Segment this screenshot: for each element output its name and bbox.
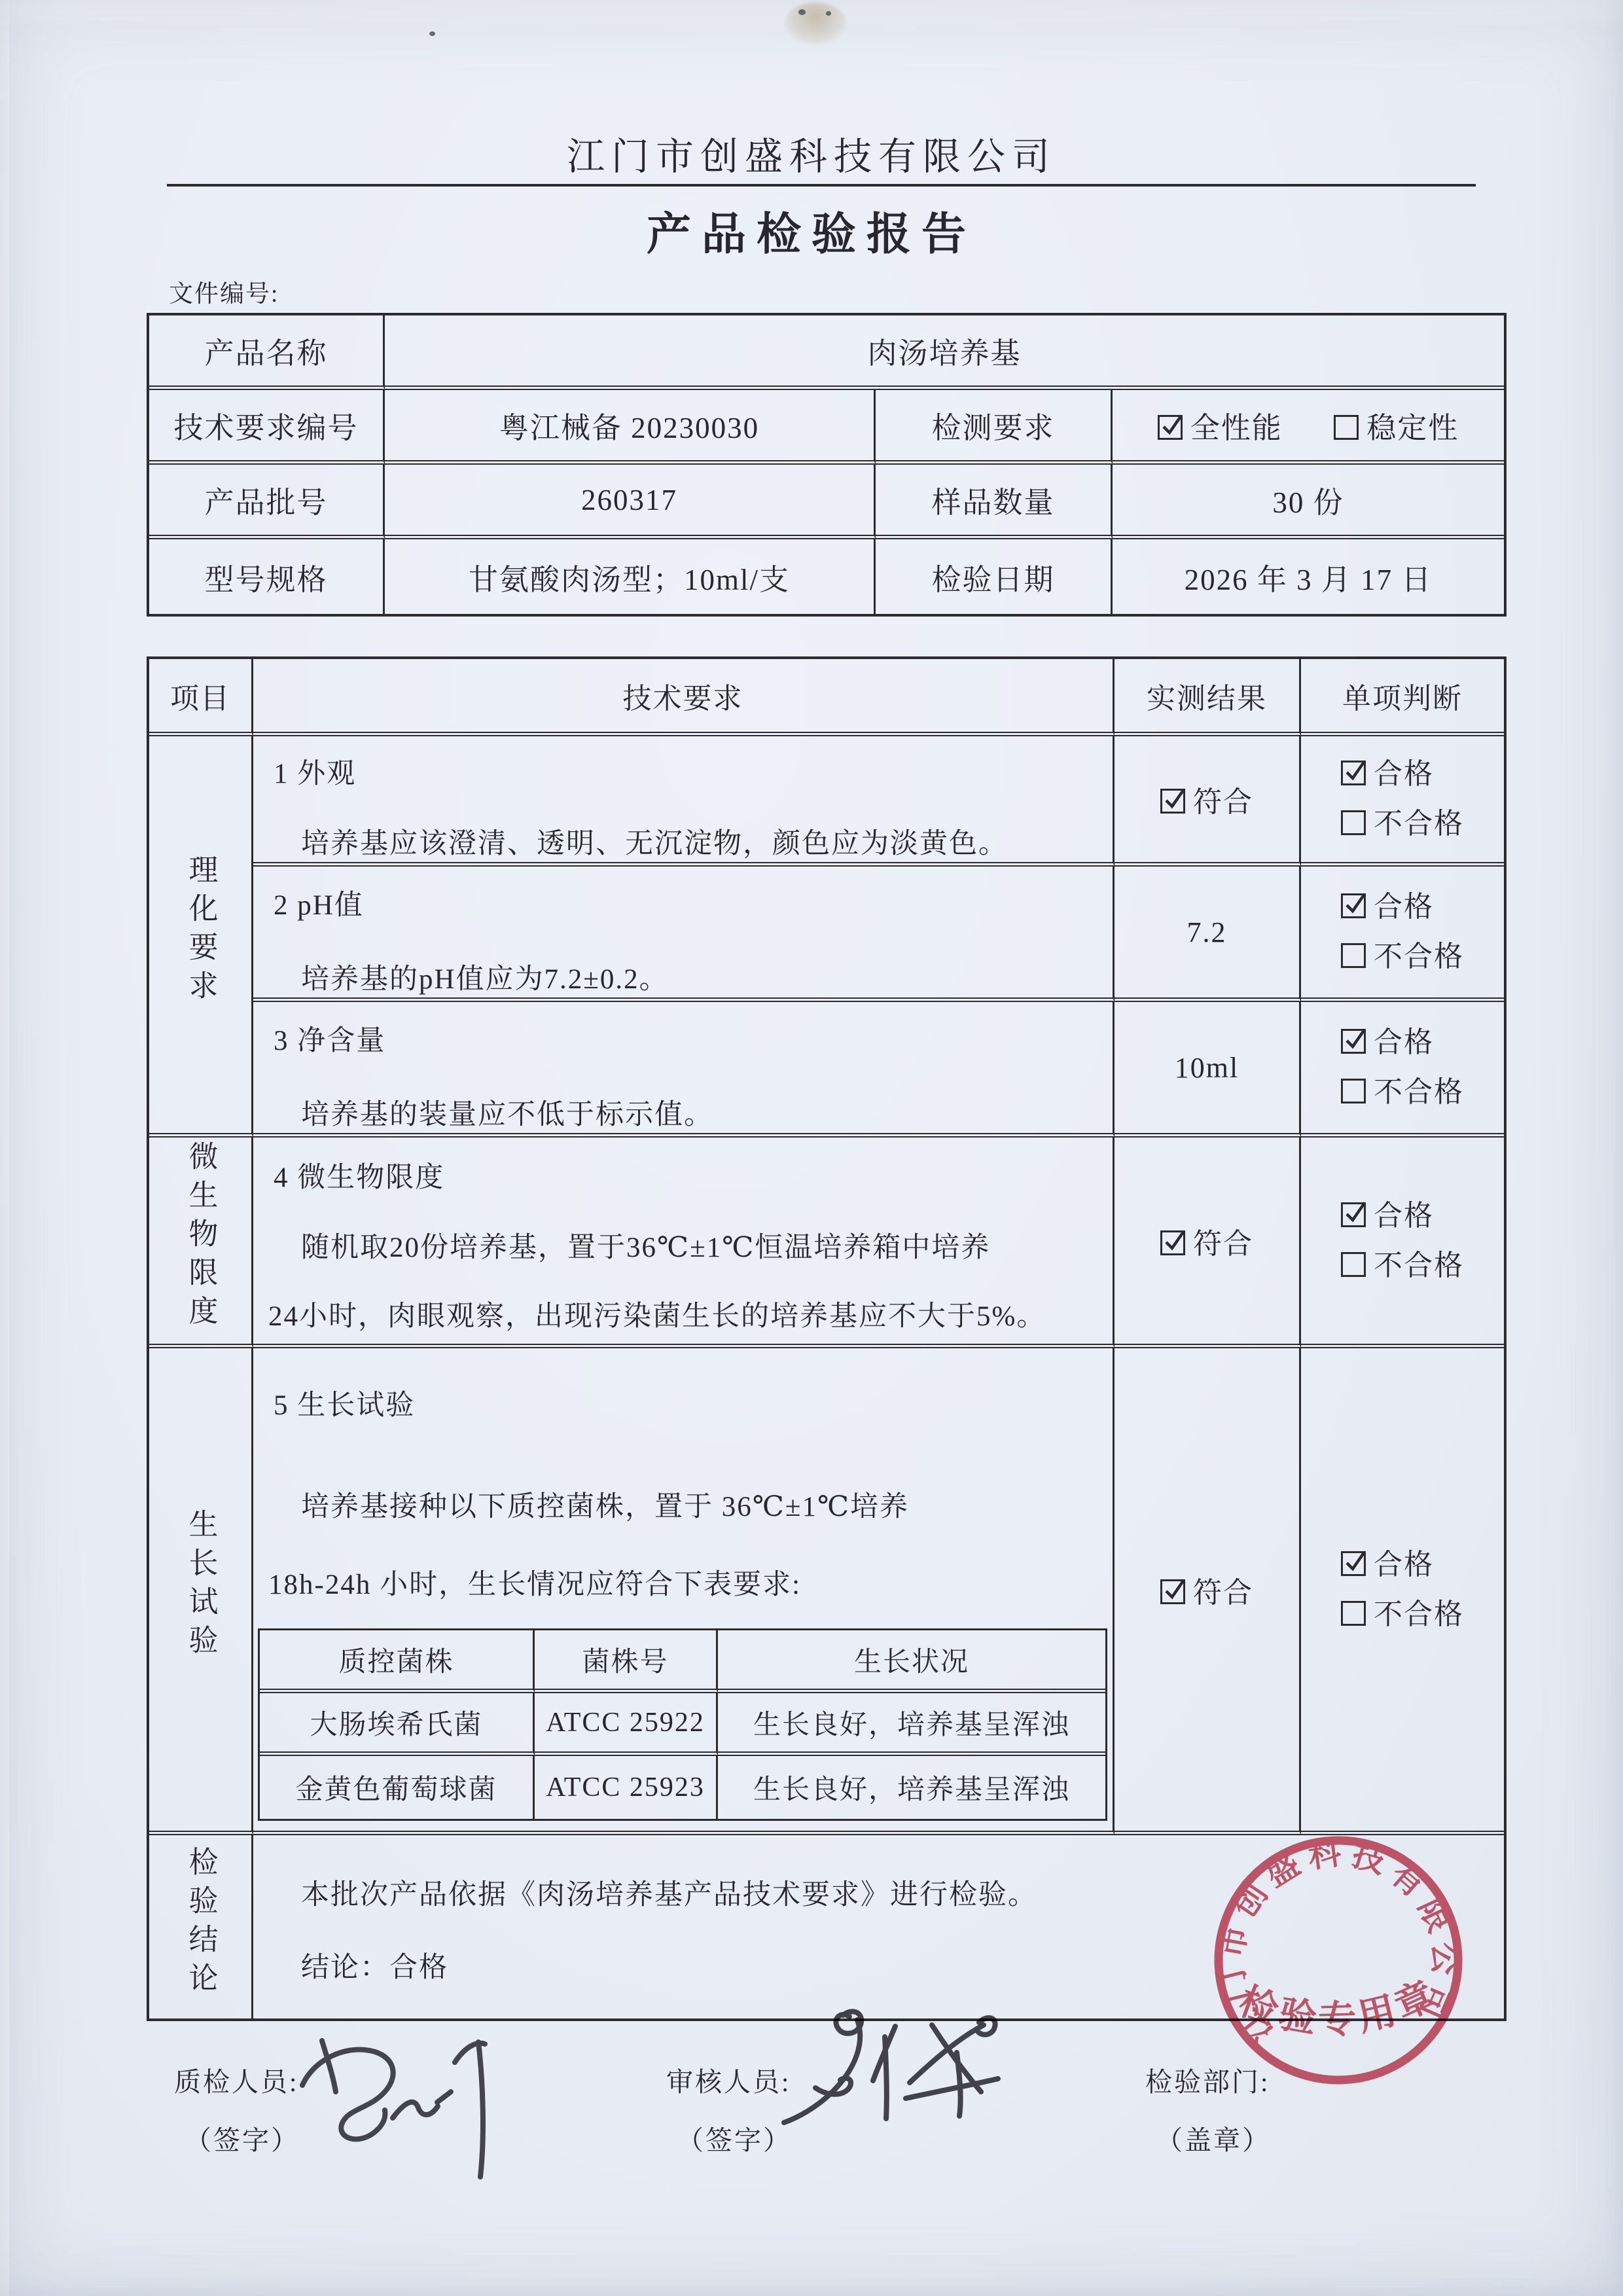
reviewer-signature	[784, 2011, 998, 2123]
req-desc: 培养基接种以下质控菌株，置于 36℃±1℃培养	[301, 1484, 1112, 1524]
test-req-options: 全性能 稳定性	[1113, 390, 1504, 465]
company-title: 江门市创盛科技有限公司	[0, 126, 1623, 181]
reviewer-label: 审核人员:	[666, 2060, 792, 2099]
checkbox-checked-icon	[1341, 1029, 1366, 1054]
judge-appearance: 合格 不合格	[1301, 736, 1504, 867]
result-appearance: 符合	[1115, 736, 1301, 867]
scan-speck	[798, 9, 806, 15]
checkbox-checked-icon	[1341, 1202, 1366, 1227]
req-desc: 培养基应该澄清、透明、无沉淀物，颜色应为淡黄色。	[301, 821, 1112, 861]
req-desc: 24小时，肉眼观察，出现污染菌生长的培养基应不大于5%。	[268, 1294, 1112, 1334]
result-growth: 符合	[1115, 1348, 1301, 1835]
req-title: 3 净含量	[274, 1018, 1112, 1058]
title-divider	[167, 184, 1476, 187]
conclusion-cell: 本批次产品依据《肉汤培养基产品技术要求》进行检验。 结论：合格	[253, 1835, 1504, 2018]
checkbox-checked-icon	[1160, 789, 1185, 814]
doc-no-label: 文件编号:	[169, 274, 279, 309]
scan-speck	[429, 31, 435, 36]
req-growth: 5 生长试验 培养基接种以下质控菌株，置于 36℃±1℃培养 18h-24h 小…	[253, 1348, 1115, 1835]
model-value: 甘氨酸肉汤型；10ml/支	[385, 539, 876, 614]
sample-qty-value: 30 份	[1113, 465, 1504, 539]
judge-ph: 合格 不合格	[1301, 867, 1504, 1002]
scan-speck	[826, 11, 831, 16]
strain-table: 质控菌株 菌株号 生长状况 大肠埃希氏菌 ATCC 25922 生长良好，培养基…	[258, 1628, 1107, 1821]
strain-no-col-header: 菌株号	[535, 1630, 718, 1693]
reviewer-block: 审核人员: （签字）	[666, 2060, 792, 2157]
col-header-item: 项目	[149, 659, 253, 736]
dept-seal-hint: （盖章）	[1156, 2119, 1271, 2157]
req-net-content: 3 净含量 培养基的装量应不低于标示值。	[253, 1002, 1115, 1138]
option-stability: 稳定性	[1366, 412, 1459, 444]
judge-net-content: 合格 不合格	[1301, 1002, 1504, 1138]
inspection-dept-block: 检验部门: （盖章）	[1145, 2060, 1271, 2157]
req-desc: 随机取20份培养基，置于36℃±1℃恒温培养箱中培养	[301, 1225, 1112, 1265]
checkbox-unchecked-icon	[1341, 810, 1366, 835]
checkbox-checked-icon	[1160, 1230, 1185, 1255]
req-desc: 18h-24h 小时，生长情况应符合下表要求:	[268, 1562, 1112, 1602]
req-title: 4 微生物限度	[274, 1155, 1112, 1195]
checkbox-checked-icon	[1341, 893, 1366, 918]
req-appearance: 1 外观 培养基应该澄清、透明、无沉淀物，颜色应为淡黄色。	[253, 736, 1115, 867]
qc-signature	[302, 2041, 485, 2177]
batch-value: 260317	[385, 465, 876, 539]
growth-col-header: 生长状况	[718, 1630, 1105, 1693]
inspection-table: 项目 技术要求 实测结果 单项判断 理化要求 1 外观 培养基应该澄清、透明、无…	[147, 656, 1507, 2021]
judge-growth: 合格 不合格	[1301, 1348, 1504, 1835]
strain-no: ATCC 25922	[535, 1693, 718, 1756]
reviewer-sign-hint: （签字）	[677, 2119, 792, 2157]
col-header-requirement: 技术要求	[253, 659, 1115, 736]
req-title: 5 生长试验	[274, 1383, 1112, 1423]
strain-row: 大肠埃希氏菌 ATCC 25922 生长良好，培养基呈浑浊	[260, 1693, 1105, 1756]
req-title: 1 外观	[274, 751, 1112, 791]
judge-microbial: 合格 不合格	[1301, 1138, 1504, 1348]
inspection-dept-label: 检验部门:	[1145, 2060, 1271, 2099]
model-label: 型号规格	[149, 539, 385, 614]
date-value: 2026 年 3 月 17 日	[1113, 539, 1504, 614]
checkbox-unchecked-icon	[1341, 943, 1366, 968]
group-microbial: 微生物限度	[149, 1138, 253, 1348]
strain-name: 金黄色葡萄球菌	[260, 1756, 535, 1819]
checkbox-unchecked-icon	[1341, 1079, 1366, 1103]
group-conclusion: 检验结论	[149, 1835, 253, 2018]
checkbox-unchecked-icon	[1334, 415, 1359, 440]
req-title: 2 pH值	[274, 883, 1112, 923]
scan-smudge	[784, 3, 847, 45]
conclusion-basis: 本批次产品依据《肉汤培养基产品技术要求》进行检验。	[301, 1873, 1503, 1912]
checkbox-unchecked-icon	[1341, 1252, 1366, 1277]
page-title: 产品检验报告	[0, 199, 1623, 262]
tech-req-no-label: 技术要求编号	[149, 390, 385, 465]
product-name-label: 产品名称	[149, 315, 385, 390]
strain-no: ATCC 25923	[535, 1756, 718, 1819]
test-req-label: 检测要求	[876, 390, 1113, 465]
strain-growth: 生长良好，培养基呈浑浊	[718, 1756, 1105, 1819]
strain-col-header: 质控菌株	[260, 1630, 535, 1693]
group-growth: 生长试验	[149, 1348, 253, 1835]
scan-edge-left	[0, 0, 9, 2296]
qc-signer-label: 质检人员:	[174, 2060, 300, 2099]
req-desc: 培养基的装量应不低于标示值。	[301, 1092, 1112, 1132]
col-header-judgement: 单项判断	[1301, 659, 1504, 736]
result-microbial: 符合	[1115, 1138, 1301, 1348]
checkbox-unchecked-icon	[1341, 1601, 1366, 1626]
strain-row: 金黄色葡萄球菌 ATCC 25923 生长良好，培养基呈浑浊	[260, 1756, 1105, 1819]
sample-qty-label: 样品数量	[876, 465, 1113, 539]
qc-sign-hint: （签字）	[185, 2119, 300, 2157]
strain-name: 大肠埃希氏菌	[260, 1693, 535, 1756]
date-label: 检验日期	[876, 539, 1113, 614]
checkbox-checked-icon	[1341, 761, 1366, 785]
product-info-table: 产品名称 肉汤培养基 技术要求编号 粤江械备 20230030 检测要求 全性能…	[147, 313, 1507, 617]
strain-growth: 生长良好，培养基呈浑浊	[718, 1693, 1105, 1756]
product-name-value: 肉汤培养基	[385, 315, 1504, 390]
req-ph: 2 pH值 培养基的pH值应为7.2±0.2。	[253, 867, 1115, 1002]
tech-req-no-value: 粤江械备 20230030	[385, 390, 876, 465]
result-ph: 7.2	[1115, 867, 1301, 1002]
group-physchem: 理化要求	[149, 736, 253, 1138]
result-net-content: 10ml	[1115, 1002, 1301, 1138]
conclusion-result: 结论：合格	[301, 1945, 1503, 1985]
checkbox-checked-icon	[1341, 1551, 1366, 1576]
req-microbial: 4 微生物限度 随机取20份培养基，置于36℃±1℃恒温培养箱中培养 24小时，…	[253, 1138, 1115, 1348]
col-header-result: 实测结果	[1115, 659, 1301, 736]
req-desc: 培养基的pH值应为7.2±0.2。	[301, 957, 1112, 997]
checkbox-checked-icon	[1160, 1579, 1185, 1604]
batch-label: 产品批号	[149, 465, 385, 539]
report-sheet: 江门市创盛科技有限公司 产品检验报告 文件编号: 产品名称 肉汤培养基 技术要求…	[0, 0, 1623, 2296]
option-full-performance: 全性能	[1190, 412, 1283, 444]
checkbox-checked-icon	[1158, 415, 1183, 440]
qc-signer-block: 质检人员: （签字）	[174, 2060, 300, 2157]
